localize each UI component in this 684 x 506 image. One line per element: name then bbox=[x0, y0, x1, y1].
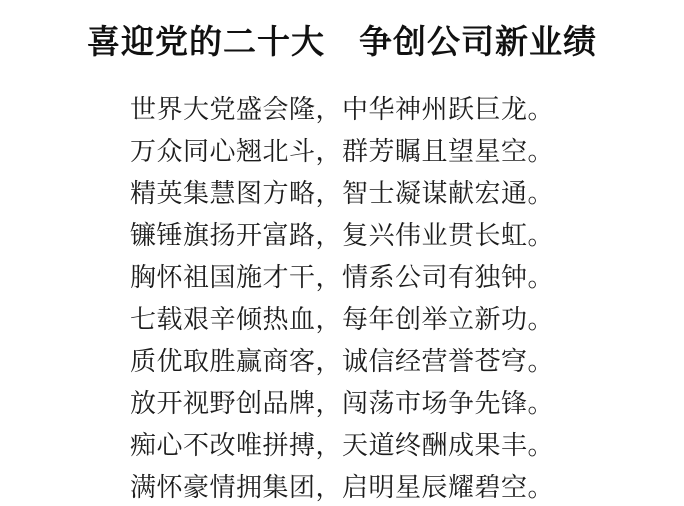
poem-line: 精英集慧图方略，智士凝谋献宏通。 bbox=[0, 173, 684, 215]
poem-line: 万众同心翘北斗，群芳瞩且望星空。 bbox=[0, 131, 684, 173]
poem-line: 七载艰辛倾热血，每年创举立新功。 bbox=[0, 299, 684, 341]
poem: 世界大党盛会隆，中华神州跃巨龙。 万众同心翘北斗，群芳瞩且望星空。 精英集慧图方… bbox=[0, 89, 684, 506]
poem-line: 镰锤旗扬开富路，复兴伟业贯长虹。 bbox=[0, 215, 684, 257]
poem-line: 质优取胜赢商客，诚信经营誉苍穹。 bbox=[0, 341, 684, 383]
poem-line: 放开视野创品牌，闯荡市场争先锋。 bbox=[0, 383, 684, 425]
poem-line: 满怀豪情拥集团，启明星辰耀碧空。 bbox=[0, 467, 684, 506]
poem-line: 痴心不改唯拼搏，天道终酬成果丰。 bbox=[0, 425, 684, 467]
document-page: 喜迎党的二十大 争创公司新业绩 世界大党盛会隆，中华神州跃巨龙。 万众同心翘北斗… bbox=[0, 0, 684, 506]
page-title: 喜迎党的二十大 争创公司新业绩 bbox=[0, 20, 684, 64]
poem-line: 胸怀祖国施才干，情系公司有独钟。 bbox=[0, 257, 684, 299]
poem-line: 世界大党盛会隆，中华神州跃巨龙。 bbox=[0, 89, 684, 131]
